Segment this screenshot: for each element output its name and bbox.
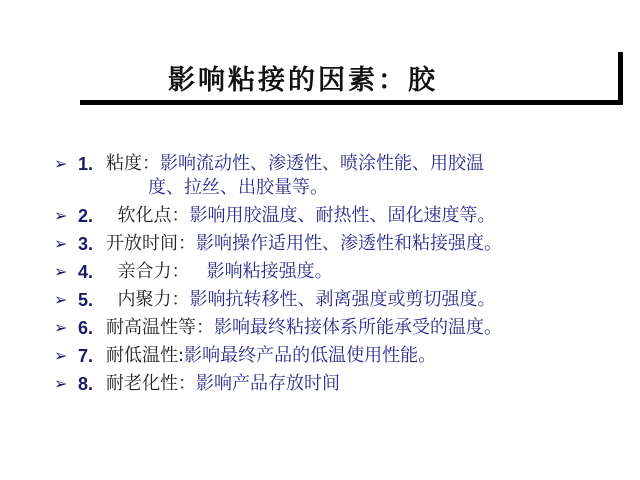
item-number: 3. [78,232,93,256]
item-desc: 影响产品存放时间 [196,373,340,394]
list-item: ➢ 5. 内聚力：影响抗转移性、剥离强度或剪切强度。 [54,288,634,312]
list-item: ➢ 2. 软化点：影响用胶温度、耐热性、固化速度等。 [54,204,634,228]
item-number: 4. [78,260,93,284]
item-term: 内聚力： [106,289,189,310]
arrow-bullet-icon: ➢ [54,204,67,228]
list-item: ➢ 6. 耐高温性等：影响最终粘接体系所能承受的温度。 [54,316,634,340]
item-number: 8. [78,372,93,396]
arrow-bullet-icon: ➢ [54,288,67,312]
item-desc: 影响抗转移性、剥离强度或剪切强度。 [189,289,495,310]
title-corner-line [618,52,623,105]
list-item: ➢ 4. 亲合力： 影响粘接强度。 [54,260,634,284]
arrow-bullet-icon: ➢ [54,372,67,396]
item-desc: 影响操作适用性、渗透性和粘接强度。 [196,233,502,254]
arrow-bullet-icon: ➢ [54,344,67,368]
title-underline [80,100,623,105]
list-item: ➢ 1. 粘度：影响流动性、渗透性、喷涂性能、用胶温 度、拉丝、出胶量等。 [54,152,634,200]
item-number: 2. [78,204,93,228]
item-desc: 影响流动性、渗透性、喷涂性能、用胶温 [160,153,484,174]
arrow-bullet-icon: ➢ [54,260,67,284]
item-term: 耐老化性： [106,373,196,394]
item-term: 耐低温性: [106,345,184,366]
item-term: 粘度： [106,153,160,174]
item-desc: 影响用胶温度、耐热性、固化速度等。 [189,205,495,226]
item-number: 1. [78,152,93,176]
item-term: 软化点： [106,205,189,226]
item-desc: 影响粘接强度。 [189,261,332,282]
arrow-bullet-icon: ➢ [54,232,67,256]
list-item: ➢ 3. 开放时间：影响操作适用性、渗透性和粘接强度。 [54,232,634,256]
item-number: 7. [78,344,93,368]
slide-title: 影响粘接的因素：胶 [168,58,438,97]
item-term: 亲合力： [106,261,189,282]
item-desc: 影响最终粘接体系所能承受的温度。 [214,317,502,338]
list-item: ➢ 8. 耐老化性：影响产品存放时间 [54,372,634,396]
arrow-bullet-icon: ➢ [54,152,67,176]
item-number: 5. [78,288,93,312]
item-term: 耐高温性等： [106,317,214,338]
item-desc: 影响最终产品的低温使用性能。 [184,345,436,366]
slide: 影响粘接的因素：胶 ➢ 1. 粘度：影响流动性、渗透性、喷涂性能、用胶温 度、拉… [0,0,640,480]
arrow-bullet-icon: ➢ [54,316,67,340]
factor-list: ➢ 1. 粘度：影响流动性、渗透性、喷涂性能、用胶温 度、拉丝、出胶量等。 ➢ … [54,152,634,400]
item-desc-continued: 度、拉丝、出胶量等。 [148,176,328,200]
list-item: ➢ 7. 耐低温性:影响最终产品的低温使用性能。 [54,344,634,368]
item-term: 开放时间： [106,233,196,254]
item-number: 6. [78,316,93,340]
